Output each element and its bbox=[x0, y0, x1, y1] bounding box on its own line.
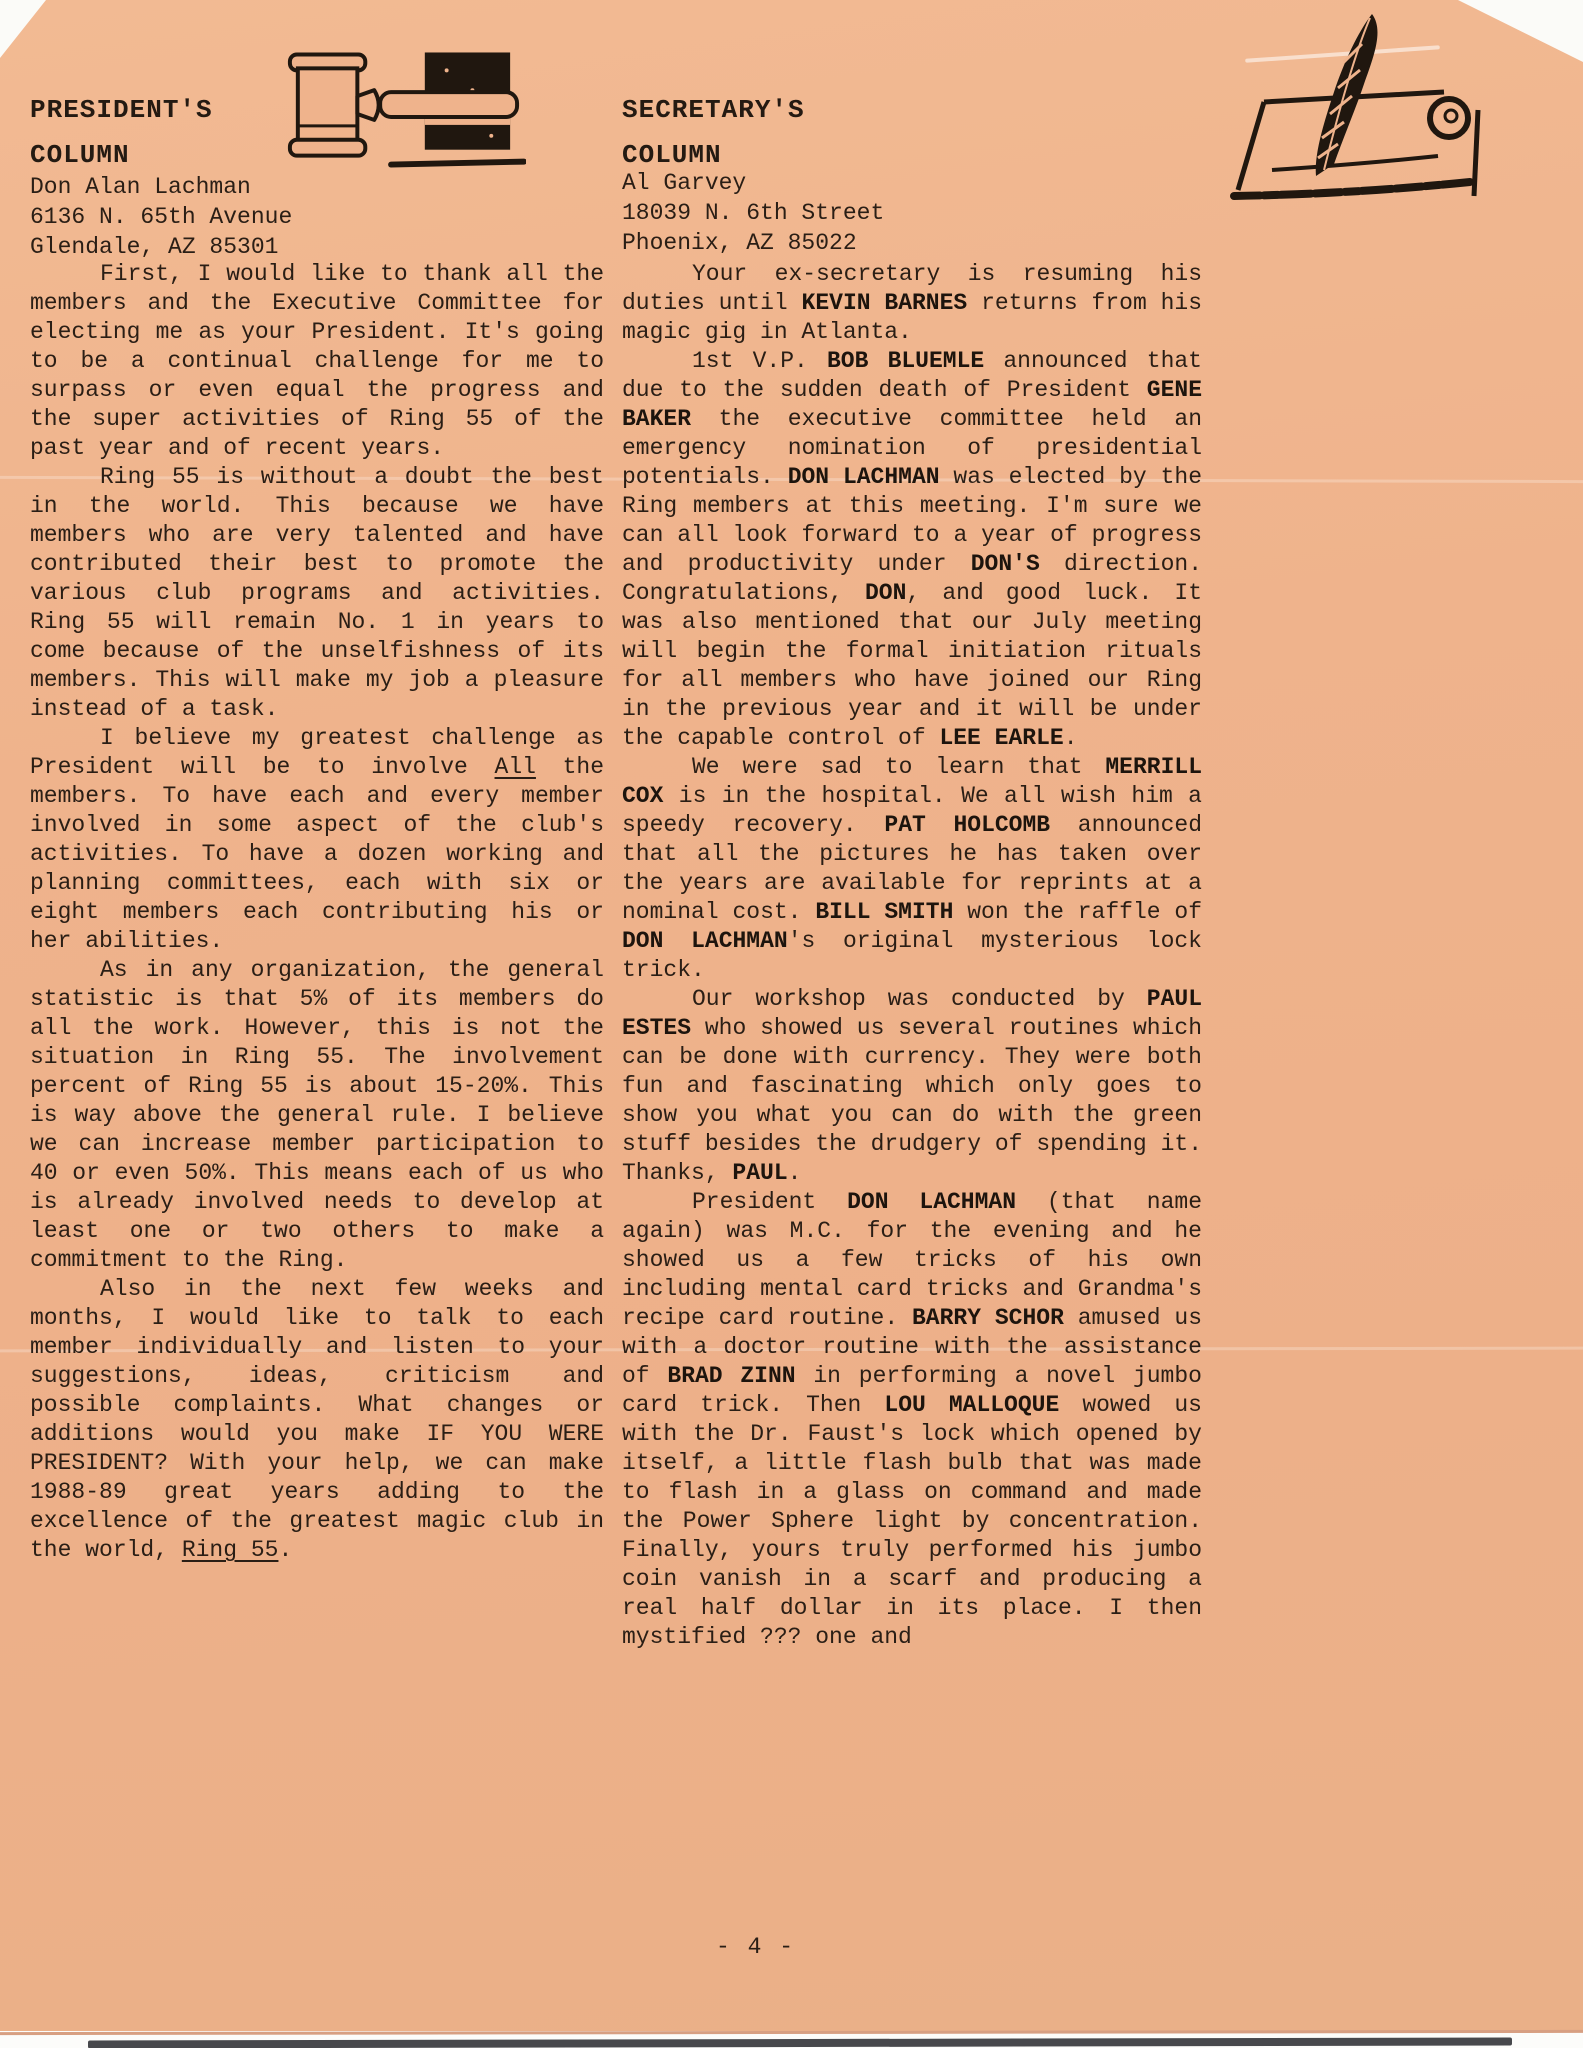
president-column-body: First, I would like to thank all the mem… bbox=[30, 260, 604, 1565]
paragraph: We were sad to learn that MERRILL COX is… bbox=[622, 753, 1202, 985]
newsletter-page-scan: { "colors": { "paper": "#efb38c", "ink":… bbox=[0, 0, 1583, 2048]
gavel-icon bbox=[278, 52, 526, 172]
secretary-author-address: Al Garvey 18039 N. 6th Street Phoenix, A… bbox=[622, 168, 884, 258]
secretary-author-address2: Phoenix, AZ 85022 bbox=[622, 228, 884, 258]
paragraph: 1st V.P. BOB BLUEMLE announced that due … bbox=[622, 347, 1202, 753]
paragraph: President DON LACHMAN (that name again) … bbox=[622, 1188, 1202, 1652]
scan-corner-top-right bbox=[1458, 0, 1583, 62]
scan-corner-top-left bbox=[0, 0, 46, 58]
page-number: - 4 - bbox=[716, 1934, 795, 1960]
secretary-author-name: Al Garvey bbox=[622, 168, 884, 198]
secretary-author-address1: 18039 N. 6th Street bbox=[622, 198, 884, 228]
secretary-column-body: Your ex-secretary is resuming his duties… bbox=[622, 260, 1202, 1652]
president-author-address: Don Alan Lachman 6136 N. 65th Avenue Gle… bbox=[30, 172, 292, 262]
paragraph: Our workshop was conducted by PAUL ESTES… bbox=[622, 985, 1202, 1188]
president-author-address2: Glendale, AZ 85301 bbox=[30, 232, 292, 262]
paragraph: Your ex-secretary is resuming his duties… bbox=[622, 260, 1202, 347]
president-column-title: PRESIDENT'S COLUMN bbox=[30, 88, 213, 178]
paragraph: Also in the next few weeks and months, I… bbox=[30, 1275, 604, 1565]
president-column-title-line1: PRESIDENT'S bbox=[30, 88, 213, 133]
quill-pen-icon bbox=[1212, 4, 1497, 264]
paragraph: First, I would like to thank all the mem… bbox=[30, 260, 604, 463]
paragraph: As in any organization, the general stat… bbox=[30, 956, 604, 1275]
secretary-column-title-line1: SECRETARY'S bbox=[622, 88, 805, 133]
secretary-column-title: SECRETARY'S COLUMN bbox=[622, 88, 805, 178]
president-author-name: Don Alan Lachman bbox=[30, 172, 292, 202]
president-author-address1: 6136 N. 65th Avenue bbox=[30, 202, 292, 232]
paragraph: I believe my greatest challenge as Presi… bbox=[30, 724, 604, 956]
paragraph: Ring 55 is without a doubt the best in t… bbox=[30, 463, 604, 724]
